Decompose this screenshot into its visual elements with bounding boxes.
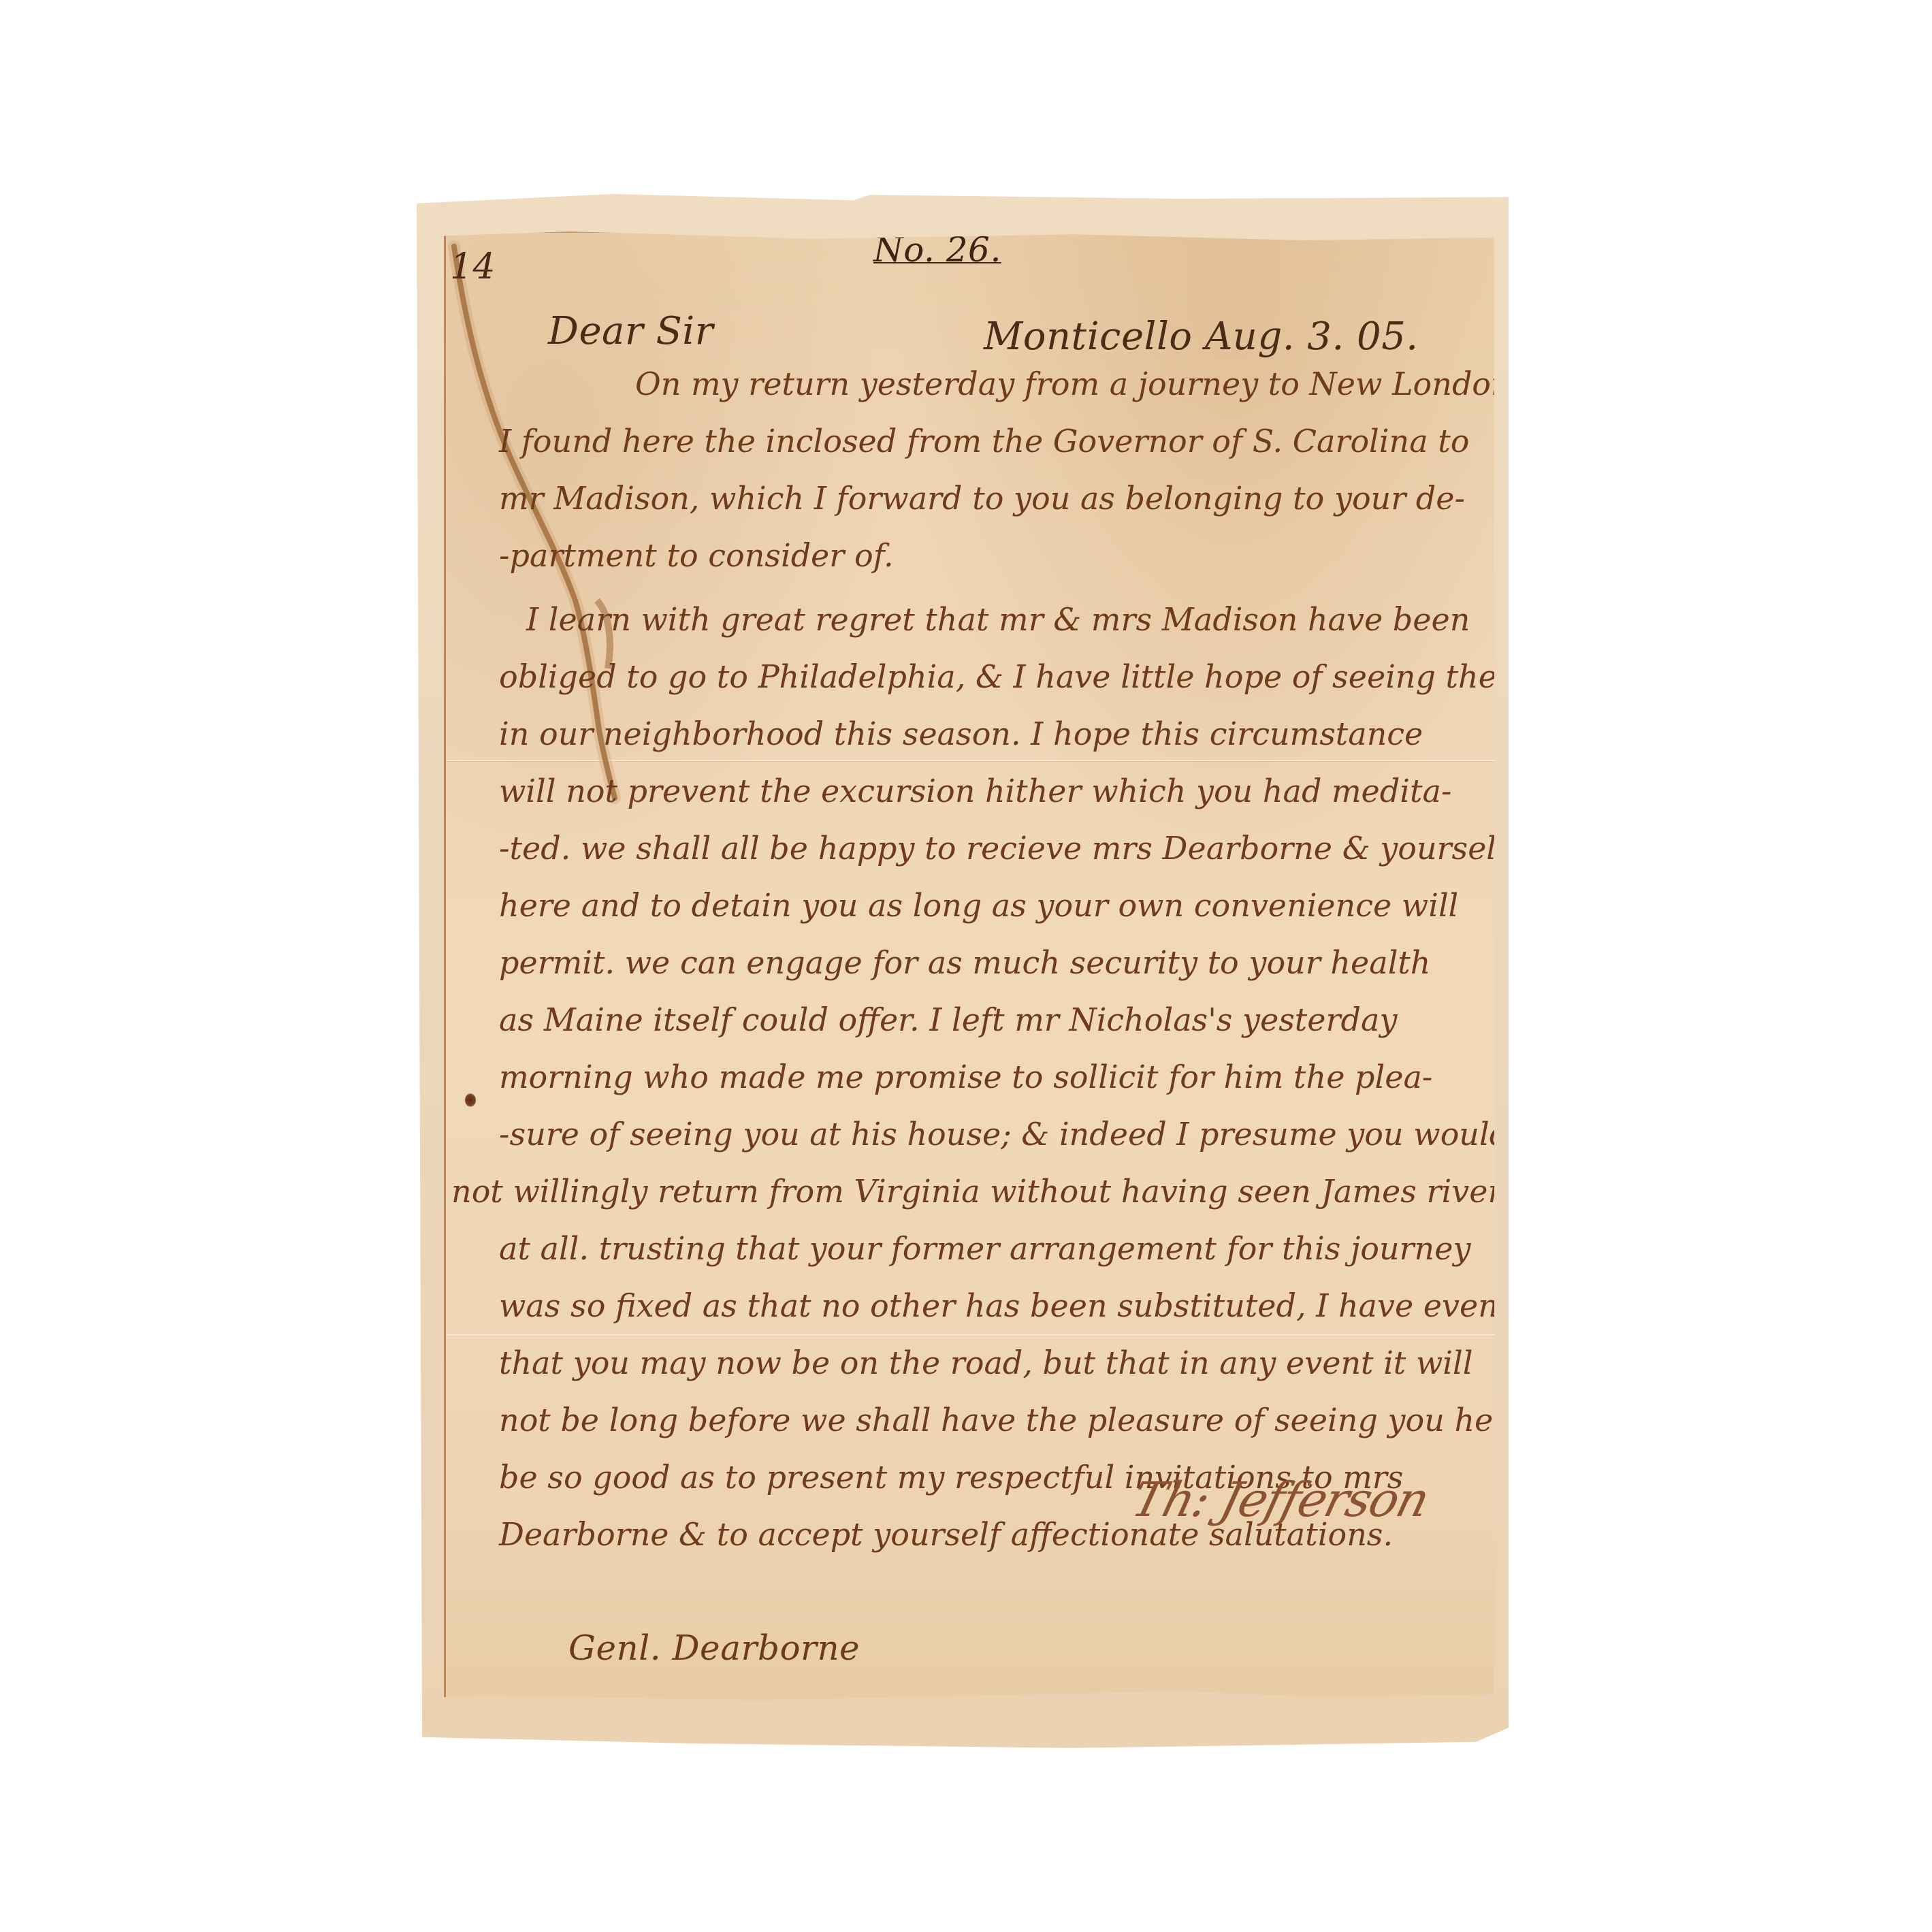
letter-line: mr Madison, which I forward to you as be… [499, 480, 1465, 517]
letter-line: not be long before we shall have the ple… [499, 1402, 1536, 1438]
folio-number: 14 [450, 246, 496, 287]
letter-line: in our neighborhood this season. I hope … [499, 715, 1423, 752]
letter-line: I learn with great regret that mr & mrs … [526, 601, 1470, 638]
letter-line: permit. we can engage for as much securi… [499, 944, 1430, 981]
letter-line: -sure of seeing you at his house; & inde… [499, 1116, 1509, 1153]
letter-line: that you may now be on the road, but tha… [499, 1345, 1472, 1381]
letter-line: -partment to consider of. [499, 537, 894, 574]
letter-line: was so fixed as that no other has been s… [499, 1287, 1602, 1324]
addressee: Genl. Dearborne [568, 1628, 860, 1668]
letter-line: at all. trusting that your former arrang… [499, 1230, 1470, 1267]
letter-line: I found here the inclosed from the Gover… [499, 423, 1469, 460]
letter-line: not willingly return from Virginia witho… [451, 1173, 1502, 1210]
ink-blot [465, 1093, 476, 1107]
salutation: Dear Sir [548, 309, 713, 353]
letter-line: morning who made me promise to sollicit … [499, 1059, 1432, 1095]
letter-line: here and to detain you as long as your o… [499, 887, 1458, 924]
place-and-date: Monticello Aug. 3. 05. [984, 315, 1419, 359]
letter-line: On my return yesterday from a journey to… [635, 366, 1511, 402]
fold-line [446, 760, 1494, 761]
fold-line [446, 1334, 1494, 1336]
letter-page: 14 No. 26. Dear Sir Monticello Aug. 3. 0… [444, 231, 1494, 1706]
letter-line: will not prevent the excursion hither wh… [499, 773, 1451, 809]
letter-line: -ted. we shall all be happy to recieve m… [499, 830, 1508, 867]
signature: Th: Jefferson [1127, 1472, 1434, 1528]
letter-line: obliged to go to Philadelphia, & I have … [499, 658, 1527, 695]
letter-line: as Maine itself could offer. I left mr N… [499, 1001, 1397, 1038]
